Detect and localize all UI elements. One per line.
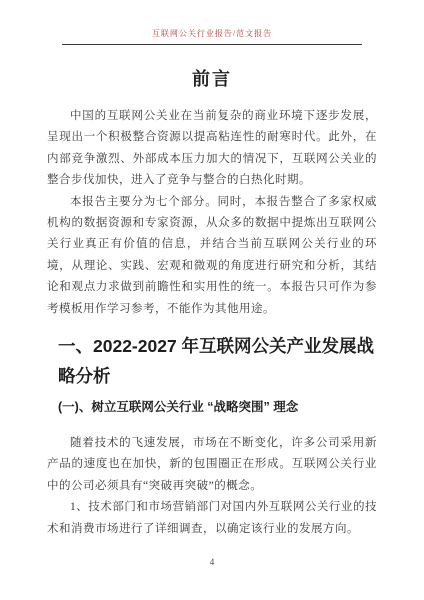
page-number: 4	[210, 557, 215, 567]
header-title: 互联网公关行业报告/范文报告	[152, 29, 272, 38]
header-rule	[62, 44, 362, 45]
intro-paragraph-2: 本报告主要分为七个部分。同时，本报告整合了多家权威机构的数据资源和专家资源，从众…	[47, 192, 377, 320]
body-paragraph-1: 随着技术的飞速发展，市场在不断变化，许多公司采用新产品的速度也在加快，新的包围圈…	[47, 433, 377, 497]
page-footer: 4	[0, 552, 424, 570]
document-body: 中国的互联网公关业在当前复杂的商业环境下逐步发展，呈现出一个积极整合资源以提高粘…	[0, 106, 424, 540]
chapter-heading: 一、2022-2027 年互联网公关产业发展战略分析	[47, 331, 377, 391]
intro-paragraph-1: 中国的互联网公关业在当前复杂的商业环境下逐步发展，呈现出一个积极整合资源以提高粘…	[47, 106, 377, 192]
document-page: 互联网公关行业报告/范文报告 前言 中国的互联网公关业在当前复杂的商业环境下逐步…	[0, 0, 424, 600]
section-subheading: (一)、树立互联网公关行业 “战略突围” 理念	[47, 398, 377, 416]
document-title: 前言	[0, 65, 424, 91]
page-header: 互联网公关行业报告/范文报告	[0, 0, 424, 45]
body-paragraph-2: 1、技术部门和市场营销部门对国内外互联网公关行业的技术和消费市场进行了详细调查，…	[47, 497, 377, 540]
